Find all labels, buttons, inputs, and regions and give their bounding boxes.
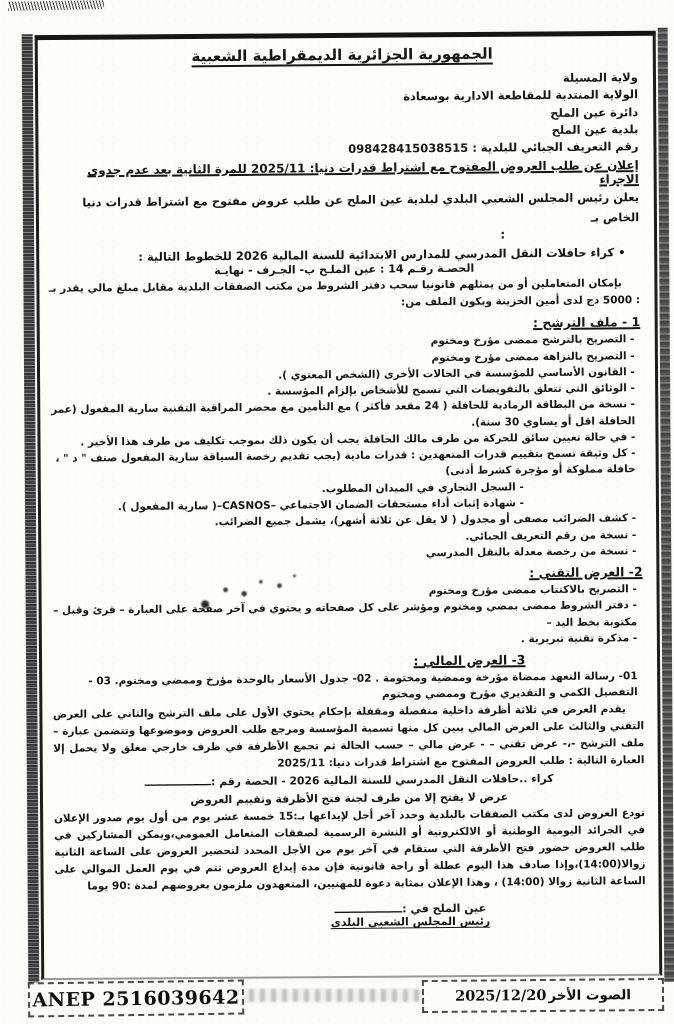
withdraw-paragraph: بإمكان المتعاملين أو من يمثلهم قانونيا س…	[49, 275, 640, 315]
technical-item: - دفتر الشروط ممضى بمضي ومختوم ومؤشر على…	[52, 597, 643, 635]
anep-reference: ANEP 2516039642	[32, 986, 239, 1011]
scanned-document-page: { "doc": { "header": { "republic_title":…	[0, 0, 674, 1024]
footer-smear	[238, 989, 422, 1002]
scan-area: الجمهورية الجزائرية الديمقراطية الشعبية …	[0, 0, 674, 1024]
publication-date: 2025/12/20	[455, 987, 546, 1005]
document-page: الجمهورية الجزائرية الديمقراطية الشعبية …	[0, 0, 674, 1024]
document-border-frame: الجمهورية الجزائرية الديمقراطية الشعبية …	[35, 31, 663, 980]
anep-reference-box: ANEP 2516039642	[28, 979, 244, 1017]
document-content: الجمهورية الجزائرية الديمقراطية الشعبية …	[36, 35, 660, 979]
announcement-title: إعلان عن طلب العروض المفتوح مع اشتراط قد…	[48, 158, 639, 192]
section-heading-financial-offer: 3- العرض المالي :	[52, 652, 525, 672]
financial-item: 01- رسالة التعهد ممضاة مؤرخة وممضية ومخت…	[53, 668, 644, 706]
newspaper-date-box: الصوت الأخر 2025/12/20	[422, 978, 664, 1013]
candidacy-item: - كل وثيقة تسمح بتقييم قدرات المتعهدين :…	[50, 445, 641, 483]
newspaper-name: الصوت الأخر	[548, 987, 631, 1004]
envelopes-paragraph: يقدم العرض في ثلاثة أظرفة داخلية منفصلة …	[53, 701, 645, 775]
republic-title: الجمهورية الجزائرية الديمقراطية الشعبية	[47, 43, 638, 67]
deposit-paragraph: تودع العروض لدى مكتب الصفقات بالبلدية وح…	[54, 805, 646, 896]
announcement-intro: يعلن رئيس المجلس الشعبي البلدي لبلدية عي…	[48, 188, 639, 233]
